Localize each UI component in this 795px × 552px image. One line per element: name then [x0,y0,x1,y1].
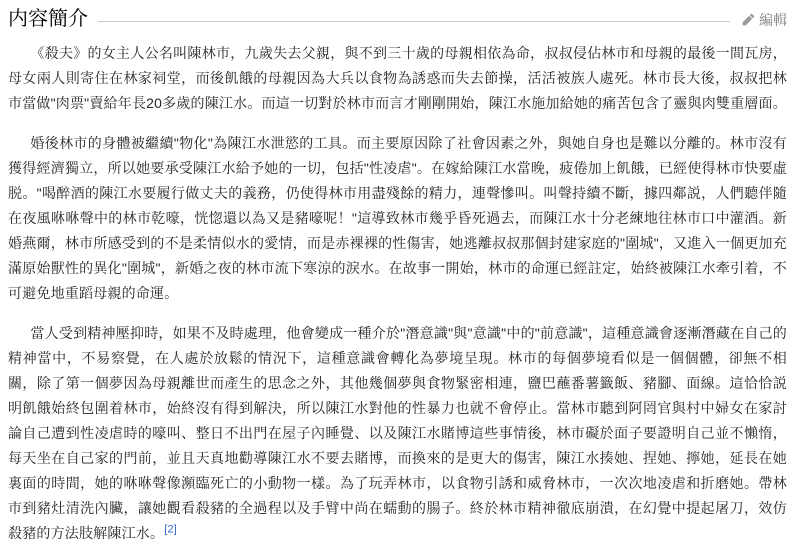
summary-paragraph-1: 《殺夫》的女主人公名叫陳林市，九歲失去父親，與不到三十歲的母親相依為命，叔叔侵佔… [8,41,787,116]
edit-link-label: 編輯 [759,10,787,30]
reference-link[interactable]: [2] [164,523,177,535]
section-title: 内容簡介 [8,6,88,33]
paragraph-text: 當人受到精神壓抑時，如果不及時處理，他會變成一種介於"潛意識"與"意識"中的"前… [8,325,787,541]
header-divider [98,21,730,22]
section-header: 内容簡介 編輯 [8,6,787,33]
edit-link[interactable]: 編輯 [742,10,787,30]
pencil-icon [742,13,755,26]
paragraph-text: 婚後林市的身體被繼續"物化"為陳江水泄慾的工具。而主要原因除了社會因素之外，與她… [8,135,787,301]
paragraph-text: 《殺夫》的女主人公名叫陳林市，九歲失去父親，與不到三十歲的母親相依為命，叔叔侵佔… [8,45,787,111]
summary-paragraph-3: 當人受到精神壓抑時，如果不及時處理，他會變成一種介於"潛意識"與"意識"中的"前… [8,321,787,546]
summary-paragraph-2: 婚後林市的身體被繼續"物化"為陳江水泄慾的工具。而主要原因除了社會因素之外，與她… [8,131,787,306]
section-content: 《殺夫》的女主人公名叫陳林市，九歲失去父親，與不到三十歲的母親相依為命，叔叔侵佔… [8,41,787,546]
reference-superscript: [2] [164,523,177,535]
article-section: 内容簡介 編輯 《殺夫》的女主人公名叫陳林市，九歲失去父親，與不到三十歲的母親相… [0,0,795,552]
